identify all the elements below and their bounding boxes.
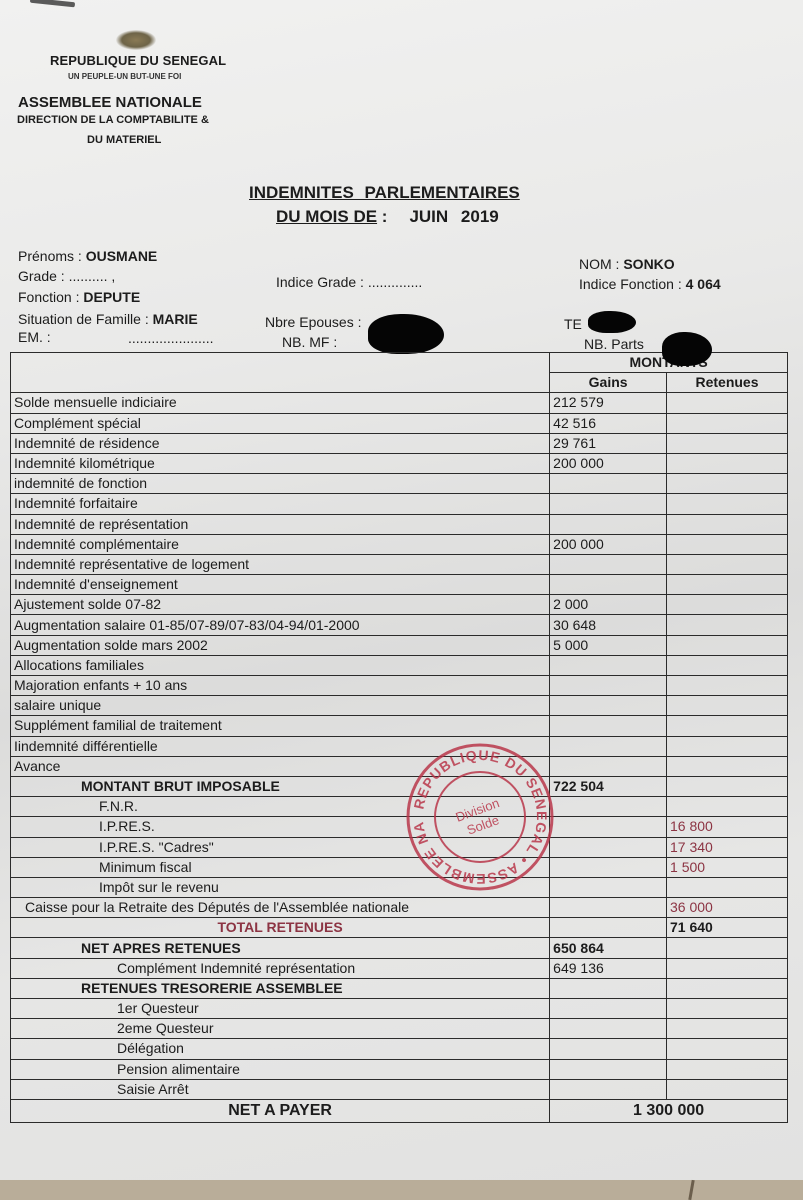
deduction-label: I.P.RE.S. "Cadres" [11, 837, 550, 857]
gains-cell [550, 736, 667, 756]
row-label: Indemnité de résidence [11, 433, 550, 453]
situation-value: MARIE [153, 311, 198, 327]
deduction-row: I.P.RE.S.16 800 [11, 817, 788, 837]
retenues-cell [667, 393, 788, 413]
row-label: salaire unique [11, 696, 550, 716]
retenues-cell [667, 514, 788, 534]
deduction-gains [550, 797, 667, 817]
deduction-gains [550, 857, 667, 877]
coat-of-arms-icon [116, 30, 156, 50]
gains-cell: 200 000 [550, 453, 667, 473]
deduction-row: I.P.RE.S. "Cadres"17 340 [11, 837, 788, 857]
net-a-payer-row: NET A PAYER1 300 000 [11, 1099, 788, 1122]
table-row: Indemnité de résidence29 761 [11, 433, 788, 453]
brut-retenues [667, 776, 788, 796]
tresorerie-gains [550, 978, 667, 998]
indice-fonction-field: Indice Fonction : 4 064 [579, 276, 721, 292]
gains-cell [550, 474, 667, 494]
prenoms-value: OUSMANE [86, 248, 158, 264]
document-title: INDEMNITES PARLEMENTAIRES [249, 183, 520, 203]
gains-cell: 30 648 [550, 615, 667, 635]
gains-cell: 2 000 [550, 595, 667, 615]
retenues-cell [667, 756, 788, 776]
table-row: Allocations familiales [11, 655, 788, 675]
net-apres-row: NET APRES RETENUES650 864 [11, 938, 788, 958]
deduction-label: F.N.R. [11, 797, 550, 817]
gains-cell: 42 516 [550, 413, 667, 433]
table-row: Augmentation salaire 01-85/07-89/07-83/0… [11, 615, 788, 635]
tresorerie-item-row: 1er Questeur [11, 999, 788, 1019]
row-label: Ajustement solde 07-82 [11, 595, 550, 615]
gains-cell [550, 554, 667, 574]
row-label: Augmentation salaire 01-85/07-89/07-83/0… [11, 615, 550, 635]
em-label: EM. : [18, 329, 51, 345]
tresorerie-item-label: Saisie Arrêt [11, 1079, 550, 1099]
gains-cell [550, 756, 667, 776]
nom-value: SONKO [623, 256, 674, 272]
gains-cell [550, 696, 667, 716]
nbre-epouses-field: Nbre Epouses : [265, 314, 362, 330]
row-label: Majoration enfants + 10 ans [11, 676, 550, 696]
net-apres-retenues [667, 938, 788, 958]
net-apres-label: NET APRES RETENUES [11, 938, 550, 958]
direction-name-2: DU MATERIEL [87, 134, 161, 146]
retenues-cell [667, 615, 788, 635]
deduction-value: 17 340 [667, 837, 788, 857]
indice-grade-field: Indice Grade : .............. [276, 274, 422, 290]
table-row: Ajustement solde 07-822 000 [11, 595, 788, 615]
total-retenues-label: TOTAL RETENUES [11, 918, 550, 938]
deduction-label: I.P.RE.S. [11, 817, 550, 837]
caisse-value: 36 000 [667, 898, 788, 918]
table-row: Indemnité forfaitaire [11, 494, 788, 514]
net-a-payer-label: NET A PAYER [11, 1099, 550, 1122]
table-row: Augmentation solde mars 20025 000 [11, 635, 788, 655]
retenues-cell [667, 716, 788, 736]
deduction-value [667, 797, 788, 817]
gains-header: Gains [550, 373, 667, 393]
nom-label: NOM : [579, 256, 623, 272]
redaction-mark [588, 311, 636, 333]
complement-label: Complément Indemnité représentation [11, 958, 550, 978]
tresorerie-item-label: 1er Questeur [11, 999, 550, 1019]
gains-cell: 212 579 [550, 393, 667, 413]
row-label: Avance [11, 756, 550, 776]
deduction-label: Impôt sur le revenu [11, 877, 550, 897]
row-label: Augmentation solde mars 2002 [11, 635, 550, 655]
retenues-cell [667, 676, 788, 696]
row-label: Supplément familial de traitement [11, 716, 550, 736]
deduction-label: Minimum fiscal [11, 857, 550, 877]
table-row: Indemnité d'enseignement [11, 575, 788, 595]
caisse-row: Caisse pour la Retraite des Députés de l… [11, 898, 788, 918]
floor-background [688, 1180, 694, 1200]
deduction-row: F.N.R. [11, 797, 788, 817]
row-label: Indemnité d'enseignement [11, 575, 550, 595]
retenues-cell [667, 554, 788, 574]
row-label: Iindemnité différentielle [11, 736, 550, 756]
total-retenues-value: 71 640 [667, 918, 788, 938]
fonction-value: DEPUTE [83, 289, 140, 305]
table-row: Indemnité représentative de logement [11, 554, 788, 574]
tresorerie-item-retenues [667, 1039, 788, 1059]
table-row: salaire unique [11, 696, 788, 716]
nb-parts-field: NB. Parts [584, 336, 644, 352]
tresorerie-item-row: Saisie Arrêt [11, 1079, 788, 1099]
situation-label: Situation de Famille : [18, 311, 153, 327]
tresorerie-item-label: 2eme Questeur [11, 1019, 550, 1039]
brut-row: MONTANT BRUT IMPOSABLE722 504 [11, 776, 788, 796]
gains-cell [550, 575, 667, 595]
row-label: Complément spécial [11, 413, 550, 433]
tresorerie-item-label: Pension alimentaire [11, 1059, 550, 1079]
document-period: DU MOIS DE :JUIN 2019 [276, 207, 499, 227]
tresorerie-retenues [667, 978, 788, 998]
retenues-header: Retenues [667, 373, 788, 393]
net-apres-value: 650 864 [550, 938, 667, 958]
gains-cell [550, 655, 667, 675]
gains-cell [550, 494, 667, 514]
gains-cell: 5 000 [550, 635, 667, 655]
deduction-row: Impôt sur le revenu [11, 877, 788, 897]
table-row: Indemnité complémentaire200 000 [11, 534, 788, 554]
retenues-cell [667, 474, 788, 494]
brut-label: MONTANT BRUT IMPOSABLE [11, 776, 550, 796]
indice-fonction-value: 4 064 [686, 276, 721, 292]
row-label: indemnité de fonction [11, 474, 550, 494]
caisse-label: Caisse pour la Retraite des Députés de l… [11, 898, 550, 918]
complement-row: Complément Indemnité représentation649 1… [11, 958, 788, 978]
deduction-gains [550, 817, 667, 837]
tresorerie-item-gains [550, 1039, 667, 1059]
republic-heading: REPUBLIQUE DU SENEGAL [50, 53, 226, 68]
row-label: Indemnité représentative de logement [11, 554, 550, 574]
retenues-cell [667, 453, 788, 473]
direction-name: DIRECTION DE LA COMPTABILITE & [17, 114, 209, 126]
tresorerie-item-gains [550, 1079, 667, 1099]
deduction-value [667, 877, 788, 897]
em-value: ...................... [128, 330, 214, 346]
table-row: Supplément familial de traitement [11, 716, 788, 736]
table-row: Indemnité de représentation [11, 514, 788, 534]
deduction-gains [550, 837, 667, 857]
tresorerie-item-retenues [667, 1019, 788, 1039]
retenues-cell [667, 433, 788, 453]
row-label: Indemnité de représentation [11, 514, 550, 534]
tresorerie-item-label: Délégation [11, 1039, 550, 1059]
table-row: Indemnité kilométrique200 000 [11, 453, 788, 473]
table-row: Avance [11, 756, 788, 776]
table-row: Solde mensuelle indiciaire212 579 [11, 393, 788, 413]
table-row: Majoration enfants + 10 ans [11, 676, 788, 696]
retenues-cell [667, 413, 788, 433]
te-field: TE [564, 316, 582, 332]
gains-cell [550, 716, 667, 736]
retenues-cell [667, 635, 788, 655]
row-label: Allocations familiales [11, 655, 550, 675]
total-retenues-gains [550, 918, 667, 938]
retenues-cell [667, 736, 788, 756]
label-header-cell [11, 353, 550, 393]
retenues-cell [667, 655, 788, 675]
tresorerie-item-gains [550, 1059, 667, 1079]
situation-field: Situation de Famille : MARIE [18, 311, 198, 327]
tresorerie-item-row: Pension alimentaire [11, 1059, 788, 1079]
institution-name: ASSEMBLEE NATIONALE [18, 94, 202, 111]
row-label: Indemnité kilométrique [11, 453, 550, 473]
tresorerie-item-row: Délégation [11, 1039, 788, 1059]
gains-cell [550, 514, 667, 534]
row-label: Indemnité complémentaire [11, 534, 550, 554]
row-label: Indemnité forfaitaire [11, 494, 550, 514]
tresorerie-item-gains [550, 999, 667, 1019]
tresorerie-item-retenues [667, 1059, 788, 1079]
gains-cell: 200 000 [550, 534, 667, 554]
deduction-row: Minimum fiscal1 500 [11, 857, 788, 877]
fonction-field: Fonction : DEPUTE [18, 289, 140, 305]
gains-cell [550, 676, 667, 696]
period-label: DU MOIS DE [276, 207, 377, 226]
tresorerie-item-row: 2eme Questeur [11, 1019, 788, 1039]
redaction-mark [368, 314, 444, 354]
gains-cell: 29 761 [550, 433, 667, 453]
fonction-label: Fonction : [18, 289, 83, 305]
grade-field: Grade : .......... , [18, 268, 115, 284]
payslip-table: MONTANTS Gains Retenues Solde mensuelle … [10, 352, 788, 1123]
deduction-value: 1 500 [667, 857, 788, 877]
tresorerie-item-retenues [667, 1079, 788, 1099]
total-retenues-row: TOTAL RETENUES71 640 [11, 918, 788, 938]
retenues-cell [667, 575, 788, 595]
prenoms-field: Prénoms : OUSMANE [18, 248, 157, 264]
period-separator: : [377, 207, 387, 226]
complement-retenues [667, 958, 788, 978]
deduction-gains [550, 877, 667, 897]
retenues-cell [667, 534, 788, 554]
tresorerie-label: RETENUES TRESORERIE ASSEMBLEE [11, 978, 550, 998]
retenues-cell [667, 696, 788, 716]
table-row: Complément spécial42 516 [11, 413, 788, 433]
table-row: indemnité de fonction [11, 474, 788, 494]
redaction-mark [662, 332, 712, 366]
tresorerie-row: RETENUES TRESORERIE ASSEMBLEE [11, 978, 788, 998]
deduction-value: 16 800 [667, 817, 788, 837]
caisse-gains [550, 898, 667, 918]
indice-fonction-label: Indice Fonction : [579, 276, 686, 292]
prenoms-label: Prénoms : [18, 248, 86, 264]
row-label: Solde mensuelle indiciaire [11, 393, 550, 413]
nom-field: NOM : SONKO [579, 256, 675, 272]
retenues-cell [667, 494, 788, 514]
table-row: Iindemnité différentielle [11, 736, 788, 756]
period-month: JUIN 2019 [409, 207, 498, 226]
brut-value: 722 504 [550, 776, 667, 796]
national-motto: UN PEUPLE-UN BUT-UNE FOI [68, 72, 181, 81]
nb-mf-field: NB. MF : [282, 334, 337, 350]
net-a-payer-value: 1 300 000 [550, 1099, 788, 1122]
retenues-cell [667, 595, 788, 615]
complement-value: 649 136 [550, 958, 667, 978]
tresorerie-item-gains [550, 1019, 667, 1039]
tresorerie-item-retenues [667, 999, 788, 1019]
